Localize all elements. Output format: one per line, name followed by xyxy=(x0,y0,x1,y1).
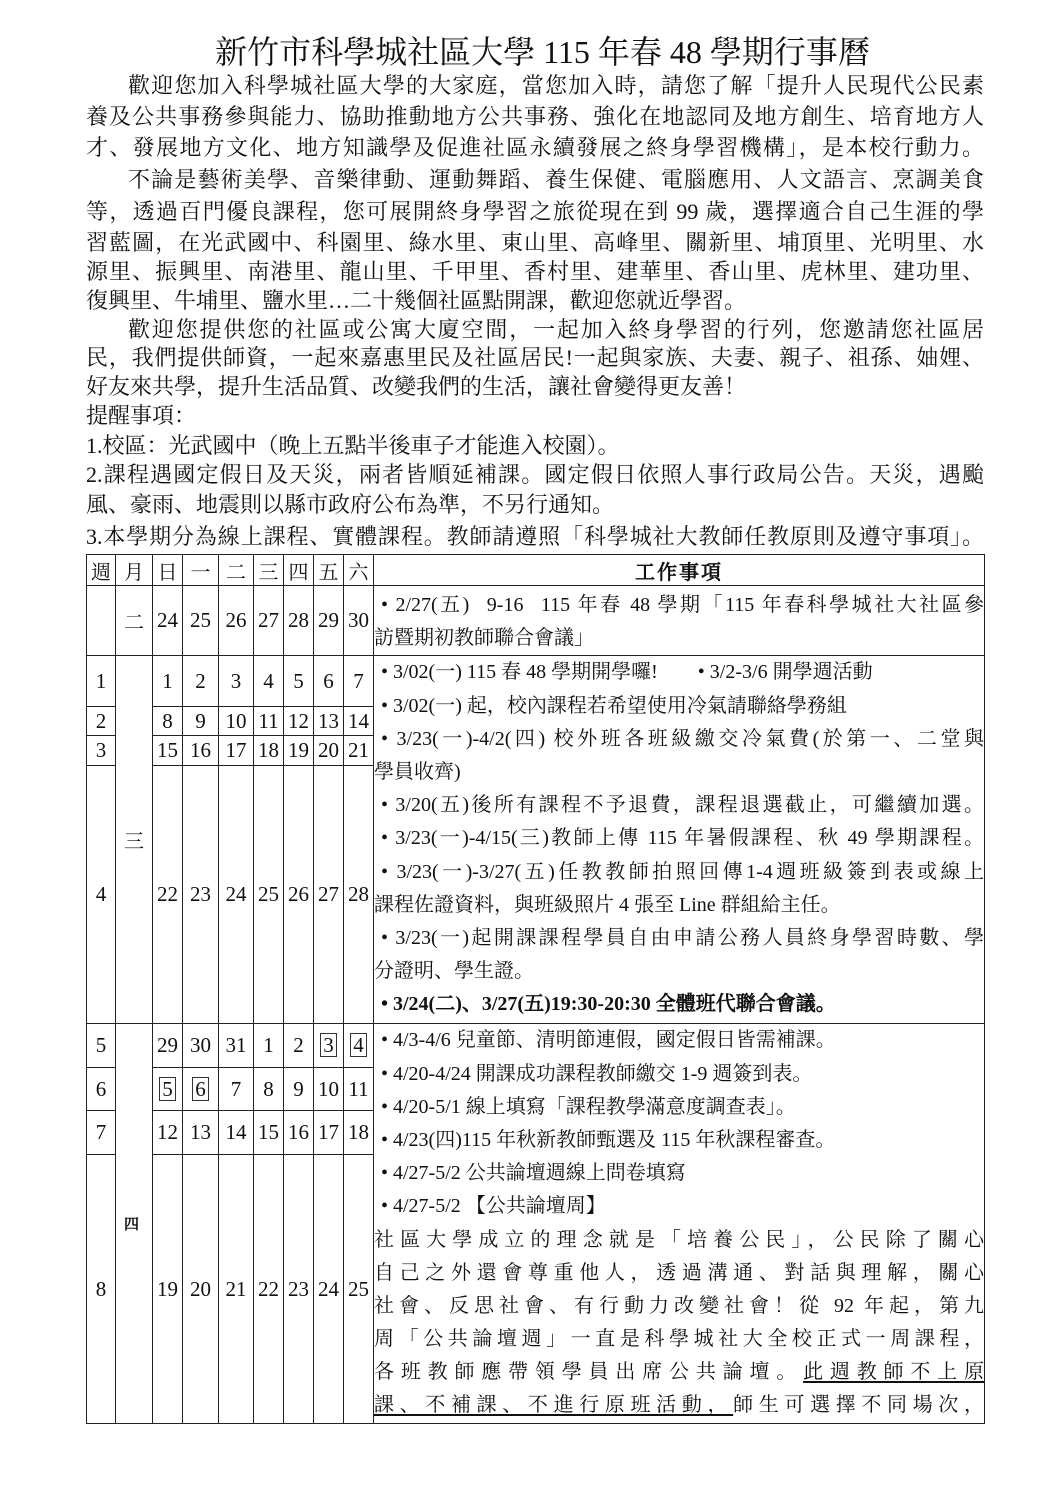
day-cell: 27 xyxy=(314,766,344,1024)
reminder-item: 3.本學期分為線上課程、實體課程。教師請遵照「科學城社大教師任教原則及遵守事項」… xyxy=(86,522,984,552)
day-cell: 6 xyxy=(183,1068,219,1111)
reminder-item: 1.校區：光武國中（晚上五點半後車子才能進入校園）。 xyxy=(86,431,984,461)
day-cell: 4 xyxy=(254,656,284,707)
holiday-day-box: 4 xyxy=(350,1033,367,1057)
intro-line: 養及公共事務參與能力、協助推動地方公共事務、強化在地認同及地方創生、培育地方人 xyxy=(86,102,984,132)
day-cell: 14 xyxy=(219,1111,254,1155)
calendar-document-page: 新竹市科學城社區大學 115 年春 48 學期行事曆 歡迎您加入科學城社區大學的… xyxy=(0,0,1061,1500)
day-cell: 9 xyxy=(183,707,219,736)
intro-line: 才、發展地方文化、地方知識學及促進社區永續發展之終身學習機構」，是本校行動力。 xyxy=(86,133,984,163)
intro-line: 等，透過百門優良課程，您可展開終身學習之旅從現在到 99 歲，選擇適合自己生涯的… xyxy=(86,197,984,227)
work-item: • 4/20-4/24 開課成功課程教師繳交 1-9 週簽到表。 xyxy=(374,1058,984,1091)
reminder-item: 風、豪雨、地震則以縣市政府公布為準，不另行通知。 xyxy=(86,490,984,520)
month-label: 二 xyxy=(116,586,153,656)
day-cell: 30 xyxy=(344,586,374,656)
intro-line: 不論是藝術美學、音樂律動、運動舞蹈、養生保健、電腦應用、人文語言、烹調美食 xyxy=(128,165,984,195)
work-items-february: • 2/27(五) 9-16 115 年春 48 學期「115 年春科學城社大社… xyxy=(374,586,985,656)
day-cell: 2 xyxy=(284,1024,314,1068)
work-item: • 3/02(一) 起，校內課程若希望使用冷氣請聯絡學務組 xyxy=(374,690,984,723)
day-cell: 10 xyxy=(314,1068,344,1111)
header-day-sat: 六 xyxy=(344,555,374,586)
day-cell: 10 xyxy=(219,707,254,736)
day-cell: 23 xyxy=(284,1155,314,1423)
day-cell: 28 xyxy=(284,586,314,656)
day-cell: 12 xyxy=(284,707,314,736)
document-title: 新竹市科學城社區大學 115 年春 48 學期行事曆 xyxy=(12,31,1061,73)
day-cell: 18 xyxy=(344,1111,374,1155)
day-cell: 7 xyxy=(344,656,374,707)
work-item: • 3/23(一)-3/27(五)任教教師拍照回傳1-4週班級簽到表或線上 xyxy=(374,856,984,889)
day-cell: 24 xyxy=(219,766,254,1024)
day-cell: 8 xyxy=(153,707,183,736)
work-items-march: • 3/02(一) 115 春 48 學期開學囉! • 3/2-3/6 開學週活… xyxy=(374,656,985,1024)
day-cell: 19 xyxy=(153,1155,183,1423)
forum-underlined-text: 此週教師不上原 xyxy=(803,1361,984,1383)
work-item: • 4/27-5/2 【公共論壇周】 xyxy=(374,1190,984,1223)
work-item: • 3/20(五)後所有課程不予退費，課程退選截止，可繼續加選。 xyxy=(374,789,984,822)
forum-description-line: 各班教師應帶領學員出席公共論壇。此週教師不上原 xyxy=(374,1356,984,1389)
work-item-continuation: 學員收齊) xyxy=(374,756,984,789)
work-items-april: • 4/3-4/6 兒童節、清明節連假，國定假日皆需補課。 • 4/20-4/2… xyxy=(374,1024,985,1423)
day-cell: 30 xyxy=(183,1024,219,1068)
day-cell: 25 xyxy=(344,1155,374,1423)
day-cell: 1 xyxy=(254,1024,284,1068)
table-header-row: 週 月 日 一 二 三 四 五 六 工作事項 xyxy=(87,555,985,586)
header-day-tue: 二 xyxy=(219,555,254,586)
week-number: 2 xyxy=(87,707,116,736)
header-work-items: 工作事項 xyxy=(374,555,985,586)
day-cell: 3 xyxy=(314,1024,344,1068)
holiday-day-box: 3 xyxy=(320,1033,337,1057)
intro-line: 源里、振興里、南港里、龍山里、千甲里、香村里、建華里、香山里、虎林里、建功里、 xyxy=(86,257,984,287)
day-cell: 9 xyxy=(284,1068,314,1111)
day-cell: 25 xyxy=(254,766,284,1024)
day-cell: 5 xyxy=(153,1068,183,1111)
forum-description-line: 課、不補課、不進行原班活動，師生可選擇不同場次， xyxy=(374,1389,984,1422)
day-cell: 15 xyxy=(254,1111,284,1155)
day-cell: 24 xyxy=(153,586,183,656)
forum-description-line: 社區大學成立的理念就是「培養公民」，公民除了關心 xyxy=(374,1224,984,1257)
day-cell: 1 xyxy=(153,656,183,707)
day-cell: 18 xyxy=(254,736,284,766)
table-row: 二 24 25 26 27 28 29 30 • 2/27(五) 9-16 11… xyxy=(87,586,985,656)
work-item: • 2/27(五) 9-16 115 年春 48 學期「115 年春科學城社大社… xyxy=(374,589,984,622)
day-cell: 11 xyxy=(344,1068,374,1111)
work-item: • 3/23(一)-4/15(三)教師上傳 115 年暑假課程、秋 49 學期課… xyxy=(374,822,984,855)
reminders-heading: 提醒事項： xyxy=(86,401,984,431)
semester-calendar-table: 週 月 日 一 二 三 四 五 六 工作事項 二 24 25 26 27 28 … xyxy=(86,554,985,1424)
week-number: 3 xyxy=(87,736,116,766)
intro-line: 民，我們提供師資，一起來嘉惠里民及社區居民!一起與家族、夫妻、親子、祖孫、妯娌、 xyxy=(86,343,984,373)
week-number: 8 xyxy=(87,1155,116,1423)
day-cell: 13 xyxy=(183,1111,219,1155)
day-cell: 25 xyxy=(183,586,219,656)
week-number: 7 xyxy=(87,1111,116,1155)
work-item: • 4/3-4/6 兒童節、清明節連假，國定假日皆需補課。 xyxy=(374,1024,984,1057)
day-cell: 19 xyxy=(284,736,314,766)
intro-line: 復興里、牛埔里、鹽水里…二十幾個社區點開課，歡迎您就近學習。 xyxy=(86,286,984,316)
day-cell: 22 xyxy=(153,766,183,1024)
work-item-continuation: 課程佐證資料，與班級照片 4 張至 Line 群組給主任。 xyxy=(374,889,984,922)
day-cell: 8 xyxy=(254,1068,284,1111)
header-month: 月 xyxy=(116,555,153,586)
day-cell: 29 xyxy=(153,1024,183,1068)
day-cell: 6 xyxy=(314,656,344,707)
day-cell: 31 xyxy=(219,1024,254,1068)
header-day-mon: 一 xyxy=(183,555,219,586)
day-cell: 29 xyxy=(314,586,344,656)
day-cell: 17 xyxy=(314,1111,344,1155)
header-week: 週 xyxy=(87,555,116,586)
day-cell: 2 xyxy=(183,656,219,707)
table-row: 5 四 29 30 31 1 2 3 4 • 4/3-4/6 兒童節、清明節連假… xyxy=(87,1024,985,1068)
work-item-continuation: 分證明、學生證。 xyxy=(374,955,984,988)
work-item-continuation: 訪暨期初教師聯合會議」 xyxy=(374,622,984,655)
day-cell: 3 xyxy=(219,656,254,707)
day-cell: 21 xyxy=(344,736,374,766)
week-number: 1 xyxy=(87,656,116,707)
day-cell: 22 xyxy=(254,1155,284,1423)
week-number: 6 xyxy=(87,1068,116,1111)
header-day-wed: 三 xyxy=(254,555,284,586)
holiday-day-box: 6 xyxy=(192,1077,209,1101)
forum-text: 師生可選擇不同場次， xyxy=(733,1394,984,1416)
forum-text: 各班教師應帶領學員出席公共論壇。 xyxy=(374,1361,803,1383)
day-cell: 14 xyxy=(344,707,374,736)
week-number: 5 xyxy=(87,1024,116,1068)
work-item: • 4/23(四)115 年秋新教師甄選及 115 年秋課程審查。 xyxy=(374,1124,984,1157)
day-cell: 16 xyxy=(183,736,219,766)
day-cell: 15 xyxy=(153,736,183,766)
day-cell: 20 xyxy=(314,736,344,766)
reminder-item: 2.課程遇國定假日及天災，兩者皆順延補課。國定假日依照人事行政局公告。天災，遇颱 xyxy=(86,460,984,490)
day-cell: 5 xyxy=(284,656,314,707)
forum-description-line: 自己之外還會尊重他人，透過溝通、對話與理解，關心 xyxy=(374,1257,984,1290)
month-label: 四 xyxy=(116,1024,153,1423)
forum-description-line: 社會、反思社會、有行動力改變社會！從 92 年起，第九 xyxy=(374,1290,984,1323)
intro-line: 歡迎您加入科學城社區大學的大家庭，當您加入時，請您了解「提升人民現代公民素 xyxy=(128,71,984,101)
day-cell: 27 xyxy=(254,586,284,656)
day-cell: 4 xyxy=(344,1024,374,1068)
day-cell: 23 xyxy=(183,766,219,1024)
header-day-fri: 五 xyxy=(314,555,344,586)
work-item: • 4/27-5/2 公共論壇週線上問卷填寫 xyxy=(374,1157,984,1190)
forum-description-line: 周「公共論壇週」一直是科學城社大全校正式一周課程， xyxy=(374,1323,984,1356)
intro-line: 好友來共學，提升生活品質、改變我們的生活，讓社會變得更友善！ xyxy=(86,372,984,402)
work-item-highlight: • 3/24(二)、3/27(五)19:30-20:30 全體班代聯合會議。 xyxy=(374,988,984,1021)
intro-line: 歡迎您提供您的社區或公寓大廈空間，一起加入終身學習的行列，您邀請您社區居 xyxy=(128,315,984,345)
table-row: 1 三 1 2 3 4 5 6 7 • 3/02(一) 115 春 48 學期開… xyxy=(87,656,985,707)
day-cell: 13 xyxy=(314,707,344,736)
month-label: 三 xyxy=(116,656,153,1024)
holiday-day-box: 5 xyxy=(159,1077,176,1101)
day-cell: 11 xyxy=(254,707,284,736)
day-cell: 28 xyxy=(344,766,374,1024)
intro-line: 習藍圖，在光武國中、科園里、綠水里、東山里、高峰里、關新里、埔頂里、光明里、水 xyxy=(86,228,984,258)
day-cell: 20 xyxy=(183,1155,219,1423)
day-cell: 7 xyxy=(219,1068,254,1111)
day-cell: 26 xyxy=(284,766,314,1024)
forum-underlined-text: 課、不補課、不進行原班活動， xyxy=(374,1394,733,1416)
header-day-thu: 四 xyxy=(284,555,314,586)
day-cell: 21 xyxy=(219,1155,254,1423)
day-cell: 24 xyxy=(314,1155,344,1423)
week-number xyxy=(87,586,116,656)
day-cell: 17 xyxy=(219,736,254,766)
work-item: • 3/23(一)-4/2(四) 校外班各班級繳交冷氣費(於第一、二堂與 xyxy=(374,723,984,756)
work-item: • 4/20-5/1 線上填寫「課程教學滿意度調查表」。 xyxy=(374,1091,984,1124)
day-cell: 16 xyxy=(284,1111,314,1155)
day-cell: 26 xyxy=(219,586,254,656)
week-number: 4 xyxy=(87,766,116,1024)
work-item: • 3/02(一) 115 春 48 學期開學囉! • 3/2-3/6 開學週活… xyxy=(374,656,984,689)
header-day-sun: 日 xyxy=(153,555,183,586)
day-cell: 12 xyxy=(153,1111,183,1155)
work-item: • 3/23(一)起開課課程學員自由申請公務人員終身學習時數、學 xyxy=(374,922,984,955)
